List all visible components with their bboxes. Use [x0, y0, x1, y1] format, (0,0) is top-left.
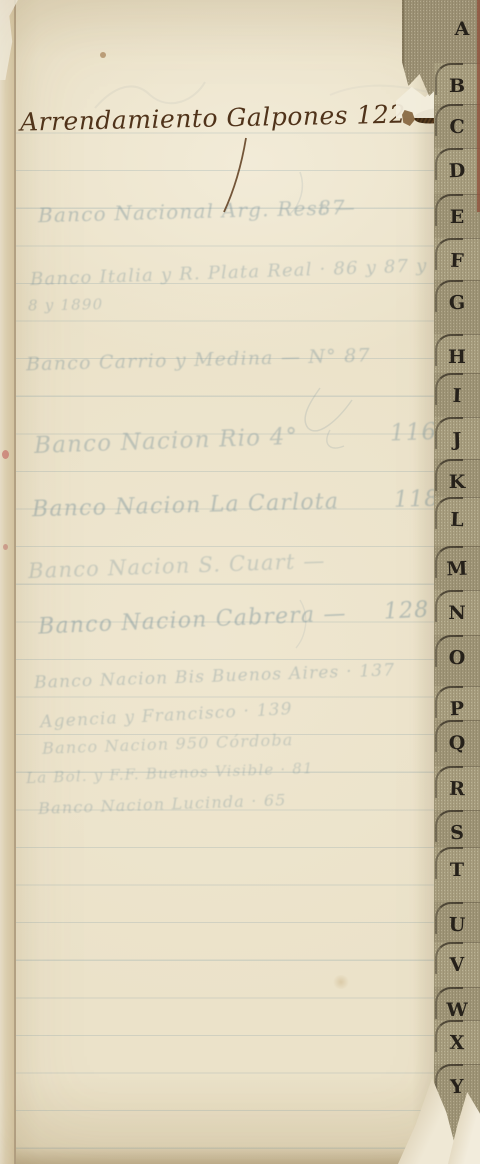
tab-w-label: W [444, 999, 470, 1021]
alphabet-tab-column: BCDEFGHIJKLMNOPQRSTUVWXY [0, 0, 480, 1164]
tab-h-label: H [444, 346, 470, 368]
tab-b-label: B [444, 75, 470, 97]
tab-c-label: C [444, 116, 471, 139]
tab-q-label: Q [444, 732, 470, 754]
tab-k-label: K [444, 471, 470, 493]
tab-p-label: P [444, 698, 471, 721]
tab-d-label: D [444, 160, 471, 183]
tab-o-label: O [444, 647, 471, 670]
tab-v-label: V [444, 954, 471, 977]
tab-f-label: F [444, 250, 471, 273]
tab-u-label: U [444, 914, 471, 937]
tab-j-label: J [444, 429, 471, 452]
tab-i-label: I [444, 385, 471, 408]
tab-x-label: X [444, 1032, 471, 1055]
tab-m-label: M [444, 558, 471, 581]
tab-g-label: G [444, 292, 471, 315]
tab-r-label: R [444, 778, 471, 801]
tab-n-label: N [444, 602, 470, 624]
tab-t-label: T [444, 859, 470, 881]
tab-l-label: L [444, 509, 471, 532]
ledger-index-page: Arrendamiento Galpones 122 Banco Naciona… [0, 0, 480, 1164]
tab-e-label: E [444, 206, 470, 228]
tab-s-label: S [444, 822, 471, 845]
